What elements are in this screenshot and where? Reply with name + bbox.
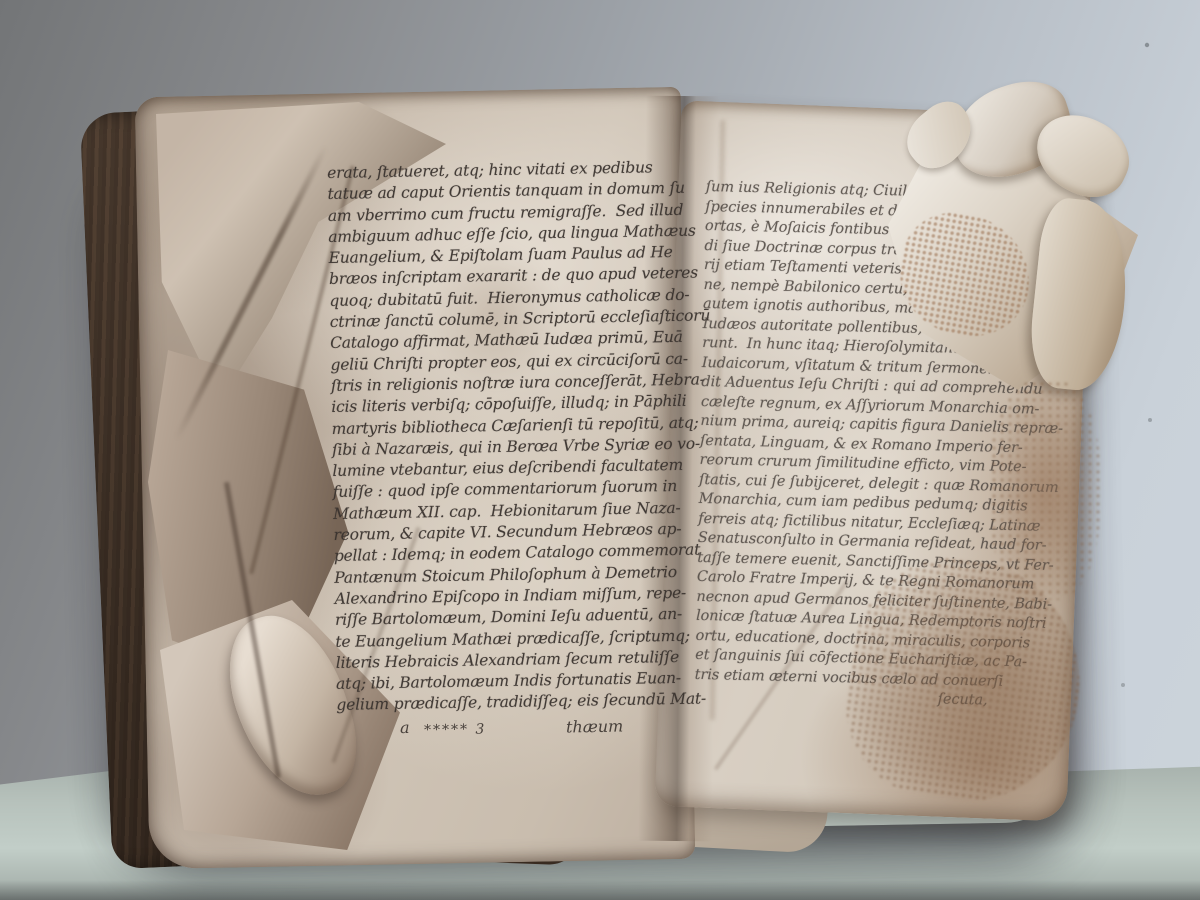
catchword: thæum [566, 719, 624, 736]
photo-open-antique-book: erata, ſtatueret, atq; hinc vitati ex pe… [0, 0, 1200, 900]
signature-mark: ***** 3 [424, 721, 487, 738]
photo-vignette [0, 880, 1200, 900]
left-page-text: erata, ſtatueret, atq; hinc vitati ex pe… [327, 157, 693, 717]
wall-specks [0, 0, 2, 2]
brown-stain-right-edge [990, 380, 1100, 600]
signature-letter: a [400, 720, 410, 736]
